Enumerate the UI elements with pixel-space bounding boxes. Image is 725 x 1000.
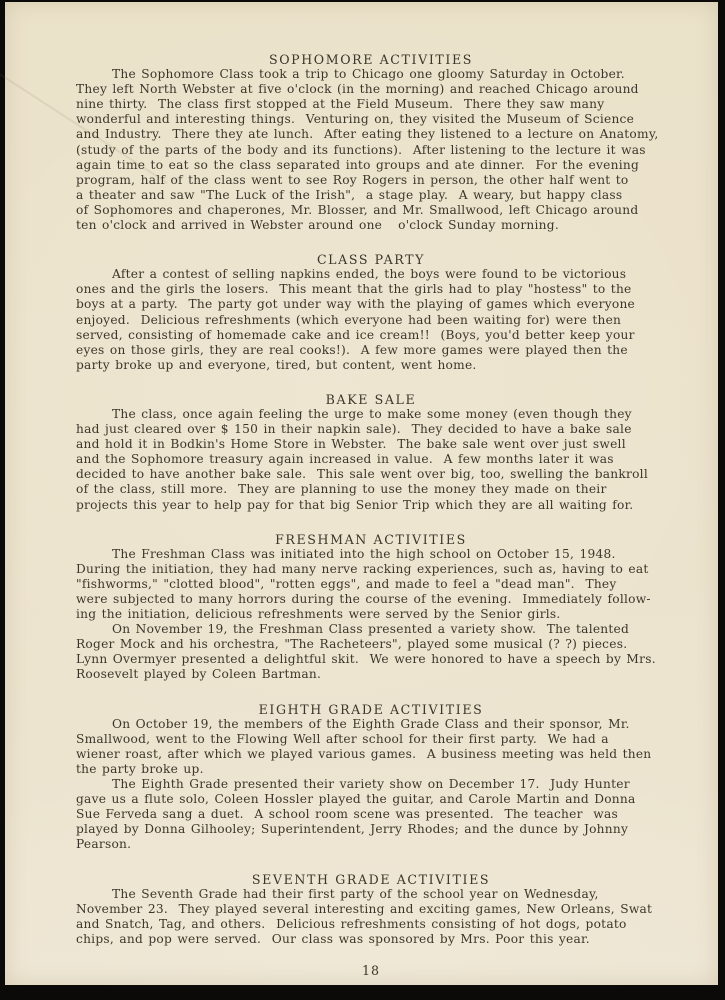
- text-line: Pearson.: [76, 837, 666, 852]
- section-heading: EIGHTH GRADE ACTIVITIES: [76, 702, 666, 717]
- text-line: played by Donna Gilhooley; Superintenden…: [76, 822, 666, 837]
- section: CLASS PARTYAfter a contest of selling na…: [76, 252, 666, 373]
- section-heading: SOPHOMORE ACTIVITIES: [76, 52, 666, 67]
- text-line: The Seventh Grade had their first party …: [76, 887, 666, 902]
- text-line: were subjected to many horrors during th…: [76, 592, 666, 607]
- text-line: After a contest of selling napkins ended…: [76, 267, 666, 282]
- sections: SOPHOMORE ACTIVITIESThe Sophomore Class …: [76, 52, 666, 947]
- section: BAKE SALEThe class, once again feeling t…: [76, 392, 666, 513]
- text-line: On October 19, the members of the Eighth…: [76, 717, 666, 732]
- text-line: of the class, still more. They are plann…: [76, 482, 666, 497]
- text-line: of Sophomores and chaperones, Mr. Blosse…: [76, 203, 666, 218]
- text-line: Sue Ferveda sang a duet. A school room s…: [76, 807, 666, 822]
- text-line: ones and the girls the losers. This mean…: [76, 282, 666, 297]
- text-line: (study of the parts of the body and its …: [76, 143, 666, 158]
- scanned-page: SOPHOMORE ACTIVITIESThe Sophomore Class …: [0, 0, 725, 1000]
- text-line: enjoyed. Delicious refreshments (which e…: [76, 313, 666, 328]
- paper-sheet: SOPHOMORE ACTIVITIESThe Sophomore Class …: [5, 2, 718, 985]
- text-line: eyes on those girls, they are real cooks…: [76, 343, 666, 358]
- text-line: boys at a party. The party got under way…: [76, 297, 666, 312]
- text-line: decided to have another bake sale. This …: [76, 467, 666, 482]
- section: SOPHOMORE ACTIVITIESThe Sophomore Class …: [76, 52, 666, 233]
- text-line: the party broke up.: [76, 762, 666, 777]
- section: EIGHTH GRADE ACTIVITIESOn October 19, th…: [76, 702, 666, 853]
- text-line: Roosevelt played by Coleen Bartman.: [76, 667, 666, 682]
- text-line: During the initiation, they had many ner…: [76, 562, 666, 577]
- text-line: November 23. They played several interes…: [76, 902, 666, 917]
- text-line: had just cleared over $ 150 in their nap…: [76, 422, 666, 437]
- text-line: ten o'clock and arrived in Webster aroun…: [76, 218, 666, 233]
- section: FRESHMAN ACTIVITIESThe Freshman Class wa…: [76, 532, 666, 683]
- text-line: The Eighth Grade presented their variety…: [76, 777, 666, 792]
- text-line: "fishworms," "clotted blood", "rotten eg…: [76, 577, 666, 592]
- text-line: program, half of the class went to see R…: [76, 173, 666, 188]
- text-line: again time to eat so the class separated…: [76, 158, 666, 173]
- text-line: chips, and pop were served. Our class wa…: [76, 932, 666, 947]
- section-heading: BAKE SALE: [76, 392, 666, 407]
- text-line: and the Sophomore treasury again increas…: [76, 452, 666, 467]
- text-line: They left North Webster at five o'clock …: [76, 82, 666, 97]
- text-line: projects this year to help pay for that …: [76, 498, 666, 513]
- text-line: Lynn Overmyer presented a delightful ski…: [76, 652, 666, 667]
- text-line: and Snatch, Tag, and others. Delicious r…: [76, 917, 666, 932]
- section-heading: CLASS PARTY: [76, 252, 666, 267]
- text-line: Smallwood, went to the Flowing Well afte…: [76, 732, 666, 747]
- text-line: and hold it in Bodkin's Home Store in We…: [76, 437, 666, 452]
- section-heading: FRESHMAN ACTIVITIES: [76, 532, 666, 547]
- text-line: wiener roast, after which we played vari…: [76, 747, 666, 762]
- text-line: nine thirty. The class first stopped at …: [76, 97, 666, 112]
- section: SEVENTH GRADE ACTIVITIESThe Seventh Grad…: [76, 872, 666, 947]
- text-line: The Freshman Class was initiated into th…: [76, 547, 666, 562]
- section-heading: SEVENTH GRADE ACTIVITIES: [76, 872, 666, 887]
- text-line: The Sophomore Class took a trip to Chica…: [76, 67, 666, 82]
- text-line: served, consisting of homemade cake and …: [76, 328, 666, 343]
- text-line: Roger Mock and his orchestra, "The Rache…: [76, 637, 666, 652]
- text-line: gave us a flute solo, Coleen Hossler pla…: [76, 792, 666, 807]
- text-line: a theater and saw "The Luck of the Irish…: [76, 188, 666, 203]
- text-line: and Industry. There they ate lunch. Afte…: [76, 127, 666, 142]
- text-line: The class, once again feeling the urge t…: [76, 407, 666, 422]
- page-number: 18: [76, 963, 666, 978]
- text-line: ing the initiation, delicious refreshmen…: [76, 607, 666, 622]
- text-line: wonderful and interesting things. Ventur…: [76, 112, 666, 127]
- text-line: On November 19, the Freshman Class prese…: [76, 622, 666, 637]
- text-line: party broke up and everyone, tired, but …: [76, 358, 666, 373]
